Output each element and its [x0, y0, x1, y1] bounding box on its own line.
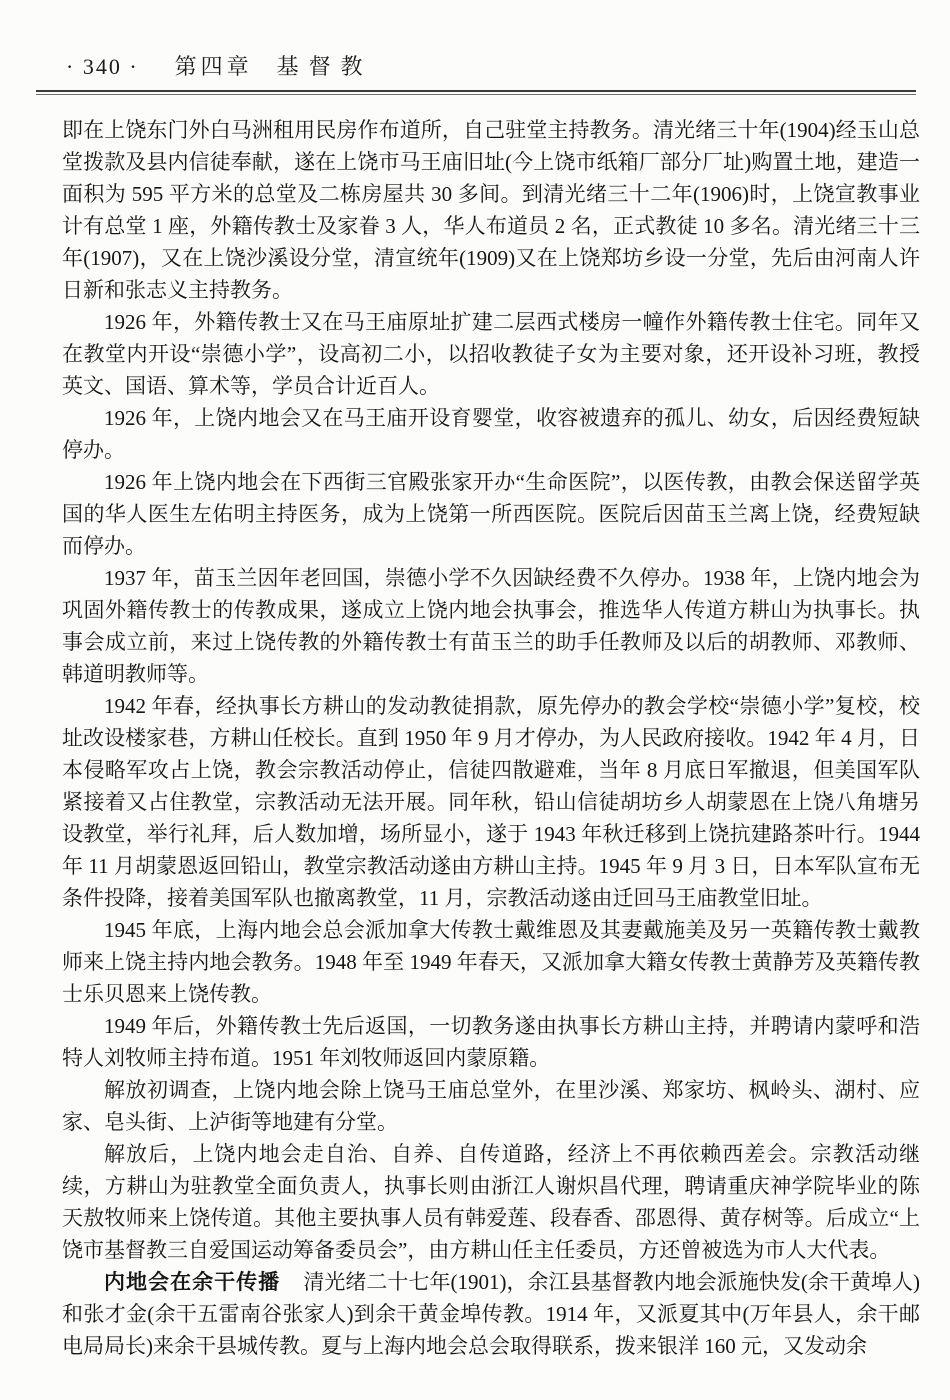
- header-rule: [36, 90, 916, 95]
- paragraph-11: 内地会在余干传播清光绪二十七年(1901)，余江县基督教内地会派施快发(余干黄埠…: [62, 1266, 920, 1362]
- page-number: · 340 ·: [66, 54, 139, 80]
- paragraph-7: 1945 年底，上海内地会总会派加拿大传教士戴维恩及其妻戴施美及另一英籍传教士戴…: [62, 914, 920, 1010]
- chapter-title: 基督教: [277, 50, 373, 81]
- page-header: · 340 · 第四章 基督教: [0, 0, 950, 81]
- paragraph-10: 解放后，上饶内地会走自治、自养、自传道路，经济上不再依赖西差会。宗教活动继续，方…: [62, 1138, 920, 1266]
- paragraph-8: 1949 年后，外籍传教士先后返国，一切教务遂由执事长方耕山主持，并聘请内蒙呼和…: [62, 1010, 920, 1074]
- paragraph-9: 解放初调查，上饶内地会除上饶马王庙总堂外，在里沙溪、郑家坊、枫岭头、湖村、应家、…: [62, 1074, 920, 1138]
- book-page: · 340 · 第四章 基督教 即在上饶东门外白马洲租用民房作布道所，自己驻堂主…: [0, 0, 950, 1400]
- paragraph-2: 1926 年，外籍传教士又在马王庙原址扩建二层西式楼房一幢作外籍传教士住宅。同年…: [62, 306, 920, 402]
- paragraph-5: 1937 年，苗玉兰因年老回国，崇德小学不久因缺经费不久停办。1938 年，上饶…: [62, 562, 920, 690]
- paragraph-6: 1942 年春，经执事长方耕山的发动教徒捐款，原先停办的教会学校“崇德小学”复校…: [62, 690, 920, 914]
- paragraph-3: 1926 年，上饶内地会又在马王庙开设育婴堂，收容被遗弃的孤儿、幼女，后因经费短…: [62, 402, 920, 466]
- section-heading: 内地会在余干传播: [104, 1270, 280, 1294]
- page-body: 即在上饶东门外白马洲租用民房作布道所，自己驻堂主持教务。清光绪三十年(1904)…: [62, 114, 920, 1362]
- paragraph-1: 即在上饶东门外白马洲租用民房作布道所，自己驻堂主持教务。清光绪三十年(1904)…: [62, 114, 920, 306]
- chapter-label: 第四章: [175, 50, 253, 81]
- paragraph-4: 1926 年上饶内地会在下西街三官殿张家开办“生命医院”，以医传教，由教会保送留…: [62, 466, 920, 562]
